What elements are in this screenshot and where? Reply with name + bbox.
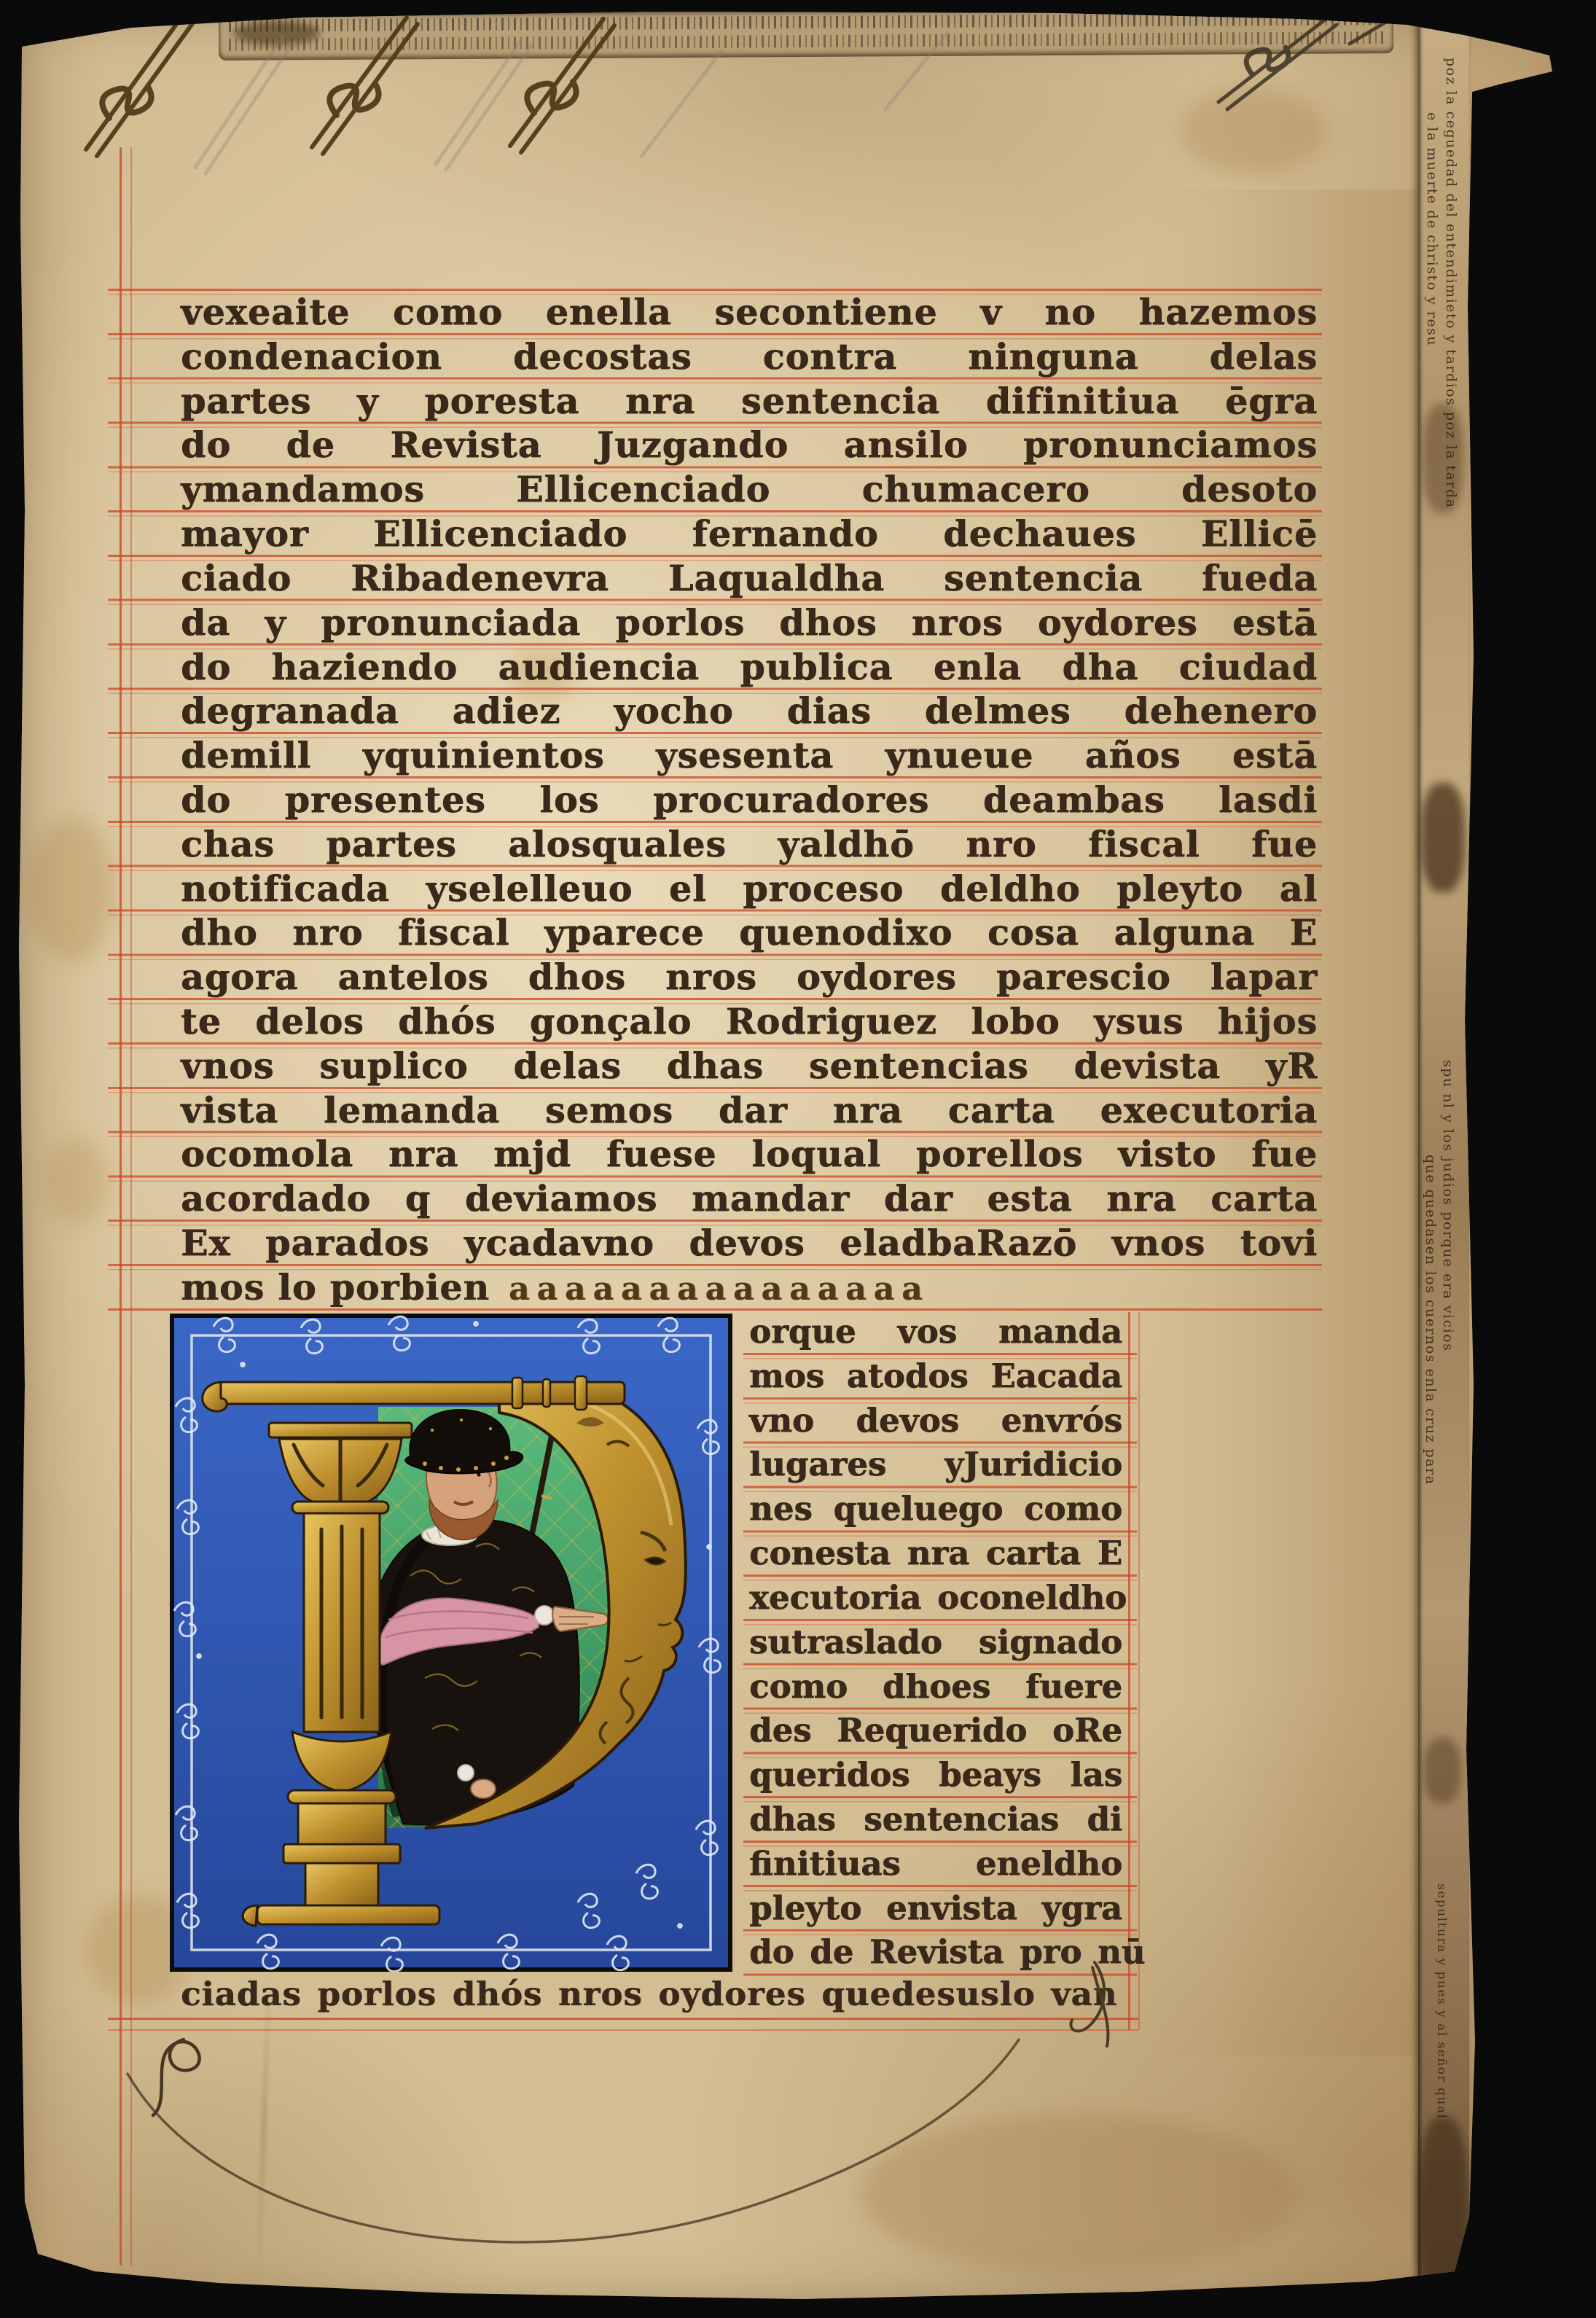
edge-printed-text: que quedasen los cuernos enla cruz para (1423, 1155, 1439, 1485)
fore-edge-printed-strip: poz la ceguedad del entendimieto y tardi… (1418, 17, 1469, 2295)
edge-printed-text: spu nl y los judios porque era vicios (1440, 1060, 1456, 1352)
edge-printed-text: poz la ceguedad del entendimieto y tardi… (1443, 58, 1459, 509)
manuscript-leaf: vexeaite como enella secontiene v no haz… (0, 0, 1596, 2318)
edge-printed-text: sepultura y pues y al señor qual (1434, 1884, 1449, 2119)
edge-printed-text: e la muerte de christo y resu (1424, 112, 1440, 346)
photograph-stage: vexeaite como enella secontiene v no haz… (0, 0, 1596, 2318)
edge-stain (1421, 783, 1465, 892)
edge-stain (1424, 1738, 1460, 1803)
edge-stain (1418, 2117, 1469, 2306)
leaf-vignette (0, 0, 1596, 2318)
